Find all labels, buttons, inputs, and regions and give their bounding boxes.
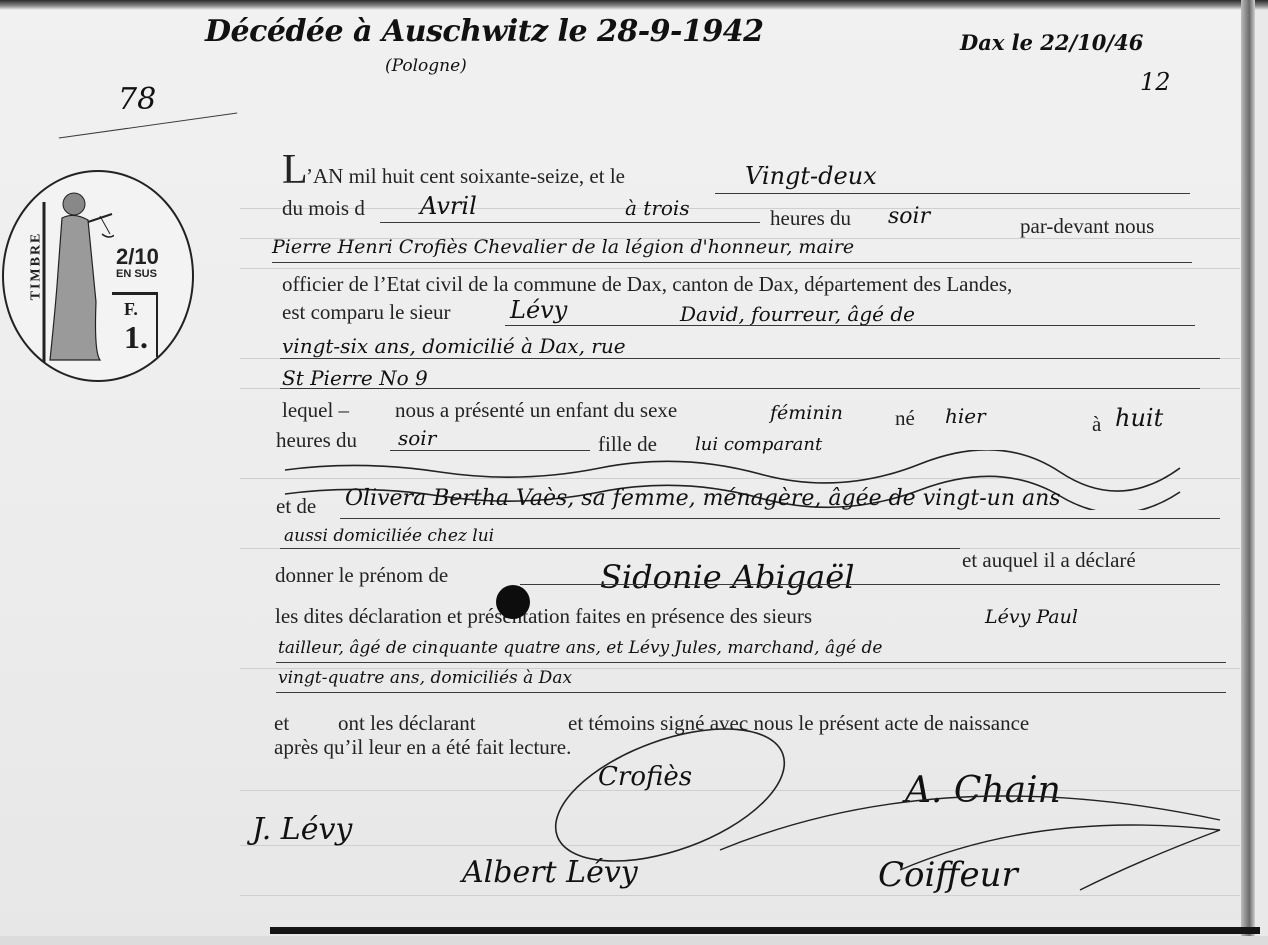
form-line-14: les dites déclaration et présentation fa… [275, 604, 812, 629]
form-line-5: est comparu le sieur [282, 300, 451, 325]
ink-blot [496, 585, 530, 619]
form-line-8a: lequel – [282, 398, 349, 423]
fill-day: Vingt-deux [745, 162, 877, 190]
annotation-place-date: Dax le 22/10/46 [960, 30, 1143, 55]
fill-underline [276, 662, 1226, 663]
justice-figure-icon [34, 182, 114, 367]
fill-birth-hour: huit [1115, 404, 1163, 432]
death-annotation-country: (Pologne) [385, 56, 467, 76]
fill-given-names: Sidonie Abigaël [600, 558, 854, 596]
stamp-value-box: F. 1. [112, 292, 158, 357]
fill-mother-residence: aussi domiciliée chez lui [284, 526, 494, 546]
form-line-17a: et [274, 711, 289, 736]
stamp-value: 1. [124, 319, 148, 356]
fill-father-age-residence: vingt-six ans, domicilié à Dax, rue [282, 334, 626, 358]
form-line-8d: à [1092, 412, 1101, 437]
fill-underline [380, 222, 760, 223]
register-number: 78 [118, 82, 156, 117]
form-line-2c: par-devant nous [1020, 214, 1154, 239]
fill-witness-residence: vingt-quatre ans, domiciliés à Dax [278, 668, 572, 688]
entry-divider [270, 927, 1260, 934]
timbre-stamp: TIMBRE 2/10 EN SUS F. 1. [2, 170, 194, 382]
scan-top-edge [0, 0, 1268, 10]
fill-father-address: St Pierre No 9 [282, 366, 428, 390]
fill-underline [715, 193, 1190, 194]
fill-month: Avril [420, 192, 477, 220]
scan-right-edge [1241, 0, 1255, 945]
fill-father-details: David, fourreur, âgé de [680, 302, 915, 326]
fill-underline [280, 358, 1220, 359]
fill-father-surname: Lévy [510, 296, 567, 324]
fill-hour: à trois [625, 196, 690, 220]
fill-underline [272, 262, 1192, 263]
ruled-line [240, 268, 1240, 269]
fill-witness-1: Lévy Paul [985, 606, 1078, 628]
fill-underline [520, 584, 1220, 585]
scan-bottom-edge [0, 936, 1268, 945]
form-line-8b: nous a présenté un enfant du sexe [395, 398, 677, 423]
fill-officer: Pierre Henri Crofiès Chevalier de la lég… [272, 236, 854, 258]
death-annotation: Décédée à Auschwitz le 28-9-1942 [205, 14, 764, 49]
stamp-fraction: 2/10 [116, 244, 159, 270]
fill-witness-details: tailleur, âgé de cinquante quatre ans, e… [278, 638, 882, 658]
ruled-line [240, 208, 1240, 209]
page-mark: 12 [1140, 68, 1171, 96]
fill-birth-day: hier [945, 404, 986, 428]
register-page: Décédée à Auschwitz le 28-9-1942 (Pologn… [0, 0, 1255, 945]
form-line-2a: du mois d [282, 196, 365, 221]
form-line-8c: né [895, 406, 915, 431]
form-line-2b: heures du [770, 206, 851, 231]
fill-time-of-day: soir [888, 204, 930, 229]
form-line-12: et auquel il a déclaré [962, 548, 1136, 573]
form-line-11: et de [276, 494, 316, 519]
fill-mother: Olivera Bertha Vaès, sa femme, ménagère,… [345, 486, 1061, 511]
fill-birth-time-of-day: soir [398, 426, 436, 450]
form-line-1: ’AN mil huit cent soixante-seize, et le [306, 164, 625, 189]
fill-underline [276, 692, 1226, 693]
fill-underline [505, 325, 1195, 326]
stamp-value-unit: F. [124, 299, 138, 320]
form-line-17b: ont les déclarant [338, 711, 476, 736]
fill-underline [340, 518, 1220, 519]
initial-L: L [282, 146, 308, 194]
form-line-13: donner le prénom de [275, 563, 448, 588]
stamp-fraction-note: EN SUS [116, 268, 157, 280]
form-line-4: officier de l’Etat civil de la commune d… [282, 272, 1012, 297]
fill-underline [280, 548, 960, 549]
signature-j-levy: J. Lévy [252, 812, 352, 847]
signature-flourishes [520, 700, 1240, 920]
fill-sex: féminin [770, 402, 843, 424]
fill-underline [280, 388, 1200, 389]
